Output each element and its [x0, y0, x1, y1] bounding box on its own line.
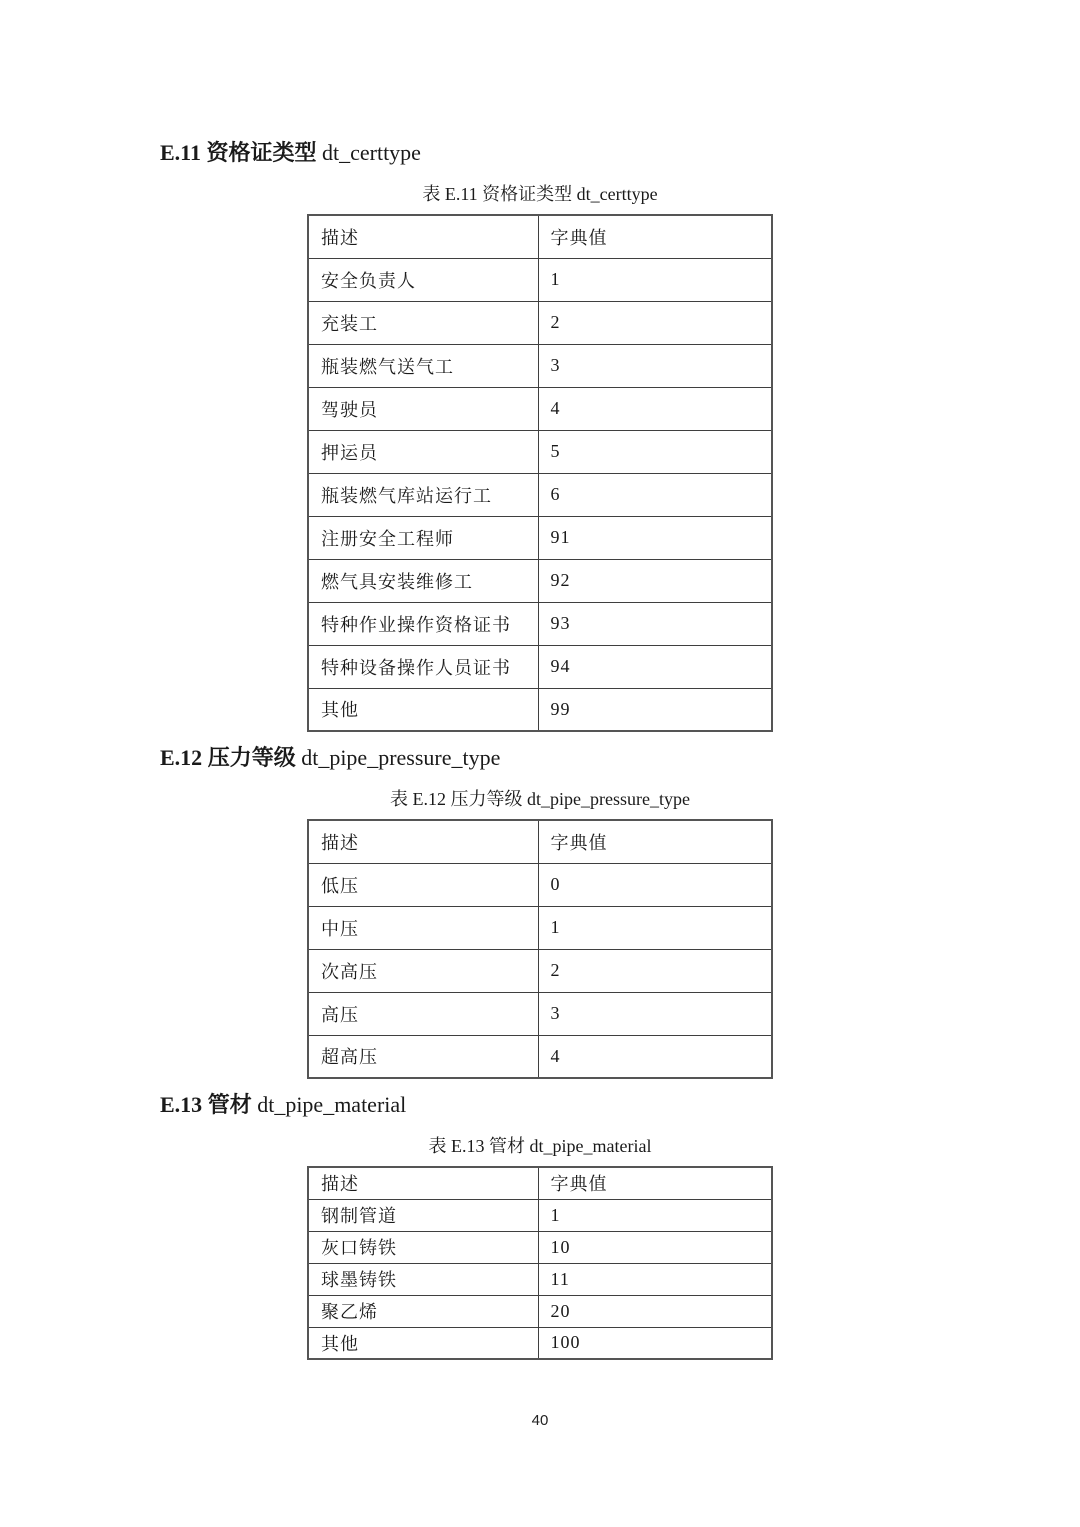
cell-dict-value: 2: [538, 301, 772, 344]
table-row: 钢制管道1: [308, 1199, 772, 1231]
heading-title-zh: 压力等级: [208, 745, 296, 770]
cell-dict-value: 4: [538, 387, 772, 430]
col-header-value: 字典值: [538, 820, 772, 863]
cell-dict-value: 1: [538, 258, 772, 301]
table-row: 瓶装燃气库站运行工6: [308, 473, 772, 516]
cell-description: 特种设备操作人员证书: [308, 645, 538, 688]
cell-description: 超高压: [308, 1035, 538, 1078]
cell-dict-value: 4: [538, 1035, 772, 1078]
cell-dict-value: 92: [538, 559, 772, 602]
table-row: 特种设备操作人员证书94: [308, 645, 772, 688]
table-caption-e11: 表 E.11 资格证类型 dt_certtype: [0, 183, 1080, 206]
table-header-row: 描述 字典值: [308, 820, 772, 863]
cell-description: 聚乙烯: [308, 1295, 538, 1327]
cell-description: 球墨铸铁: [308, 1263, 538, 1295]
cell-dict-value: 93: [538, 602, 772, 645]
section-heading-e13: E.13 管材 dt_pipe_material: [160, 1090, 1080, 1120]
table-row: 燃气具安装维修工92: [308, 559, 772, 602]
cell-description: 其他: [308, 1327, 538, 1359]
table-row: 其他100: [308, 1327, 772, 1359]
cell-description: 燃气具安装维修工: [308, 559, 538, 602]
dict-table-e11: 描述 字典值 安全负责人1充装工2瓶装燃气送气工3驾驶员4押运员5瓶装燃气库站运…: [307, 214, 773, 732]
cell-dict-value: 100: [538, 1327, 772, 1359]
section-e13: E.13 管材 dt_pipe_material 表 E.13 管材 dt_pi…: [0, 1090, 1080, 1360]
cell-description: 低压: [308, 863, 538, 906]
heading-number: E.13: [160, 1092, 202, 1117]
dict-table-e12: 描述 字典值 低压0中压1次高压2高压3超高压4: [307, 819, 773, 1079]
cell-dict-value: 11: [538, 1263, 772, 1295]
table-row: 充装工2: [308, 301, 772, 344]
table-row: 灰口铸铁10: [308, 1231, 772, 1263]
cell-description: 其他: [308, 688, 538, 731]
cell-description: 钢制管道: [308, 1199, 538, 1231]
table-row: 驾驶员4: [308, 387, 772, 430]
table-caption-e13: 表 E.13 管材 dt_pipe_material: [0, 1135, 1080, 1158]
table-row: 超高压4: [308, 1035, 772, 1078]
col-header-value: 字典值: [538, 215, 772, 258]
cell-dict-value: 20: [538, 1295, 772, 1327]
cell-description: 押运员: [308, 430, 538, 473]
cell-description: 次高压: [308, 949, 538, 992]
cell-description: 安全负责人: [308, 258, 538, 301]
heading-code: dt_certtype: [322, 140, 421, 165]
page-number: 40: [0, 1412, 1080, 1429]
cell-dict-value: 1: [538, 1199, 772, 1231]
cell-description: 瓶装燃气库站运行工: [308, 473, 538, 516]
cell-description: 特种作业操作资格证书: [308, 602, 538, 645]
cell-description: 充装工: [308, 301, 538, 344]
cell-dict-value: 3: [538, 992, 772, 1035]
table-header-row: 描述 字典值: [308, 215, 772, 258]
table-row: 注册安全工程师91: [308, 516, 772, 559]
col-header-value: 字典值: [538, 1167, 772, 1199]
heading-code: dt_pipe_pressure_type: [301, 745, 500, 770]
heading-title-zh: 管材: [208, 1092, 252, 1117]
table-row: 聚乙烯20: [308, 1295, 772, 1327]
cell-dict-value: 3: [538, 344, 772, 387]
table-row: 球墨铸铁11: [308, 1263, 772, 1295]
table-row: 安全负责人1: [308, 258, 772, 301]
cell-dict-value: 99: [538, 688, 772, 731]
table-header-row: 描述 字典值: [308, 1167, 772, 1199]
cell-description: 瓶装燃气送气工: [308, 344, 538, 387]
dict-table-e13: 描述 字典值 钢制管道1灰口铸铁10球墨铸铁11聚乙烯20其他100: [307, 1166, 773, 1360]
table-row: 瓶装燃气送气工3: [308, 344, 772, 387]
section-e11: E.11 资格证类型 dt_certtype 表 E.11 资格证类型 dt_c…: [0, 138, 1080, 732]
cell-dict-value: 0: [538, 863, 772, 906]
document-page: E.11 资格证类型 dt_certtype 表 E.11 资格证类型 dt_c…: [0, 0, 1080, 1527]
table-caption-e12: 表 E.12 压力等级 dt_pipe_pressure_type: [0, 788, 1080, 811]
section-heading-e12: E.12 压力等级 dt_pipe_pressure_type: [160, 743, 1080, 773]
section-e12: E.12 压力等级 dt_pipe_pressure_type 表 E.12 压…: [0, 743, 1080, 1079]
cell-description: 高压: [308, 992, 538, 1035]
table-row: 特种作业操作资格证书93: [308, 602, 772, 645]
cell-dict-value: 5: [538, 430, 772, 473]
cell-description: 注册安全工程师: [308, 516, 538, 559]
cell-dict-value: 94: [538, 645, 772, 688]
cell-description: 中压: [308, 906, 538, 949]
heading-number: E.12: [160, 745, 202, 770]
heading-title-zh: 资格证类型: [206, 140, 316, 165]
col-header-desc: 描述: [308, 1167, 538, 1199]
cell-dict-value: 2: [538, 949, 772, 992]
table-row: 低压0: [308, 863, 772, 906]
table-row: 中压1: [308, 906, 772, 949]
cell-dict-value: 91: [538, 516, 772, 559]
cell-dict-value: 10: [538, 1231, 772, 1263]
table-row: 次高压2: [308, 949, 772, 992]
section-heading-e11: E.11 资格证类型 dt_certtype: [160, 138, 1080, 168]
cell-description: 驾驶员: [308, 387, 538, 430]
cell-dict-value: 6: [538, 473, 772, 516]
cell-dict-value: 1: [538, 906, 772, 949]
col-header-desc: 描述: [308, 215, 538, 258]
table-row: 其他99: [308, 688, 772, 731]
col-header-desc: 描述: [308, 820, 538, 863]
cell-description: 灰口铸铁: [308, 1231, 538, 1263]
heading-code: dt_pipe_material: [257, 1092, 406, 1117]
heading-number: E.11: [160, 140, 201, 165]
table-row: 高压3: [308, 992, 772, 1035]
table-row: 押运员5: [308, 430, 772, 473]
